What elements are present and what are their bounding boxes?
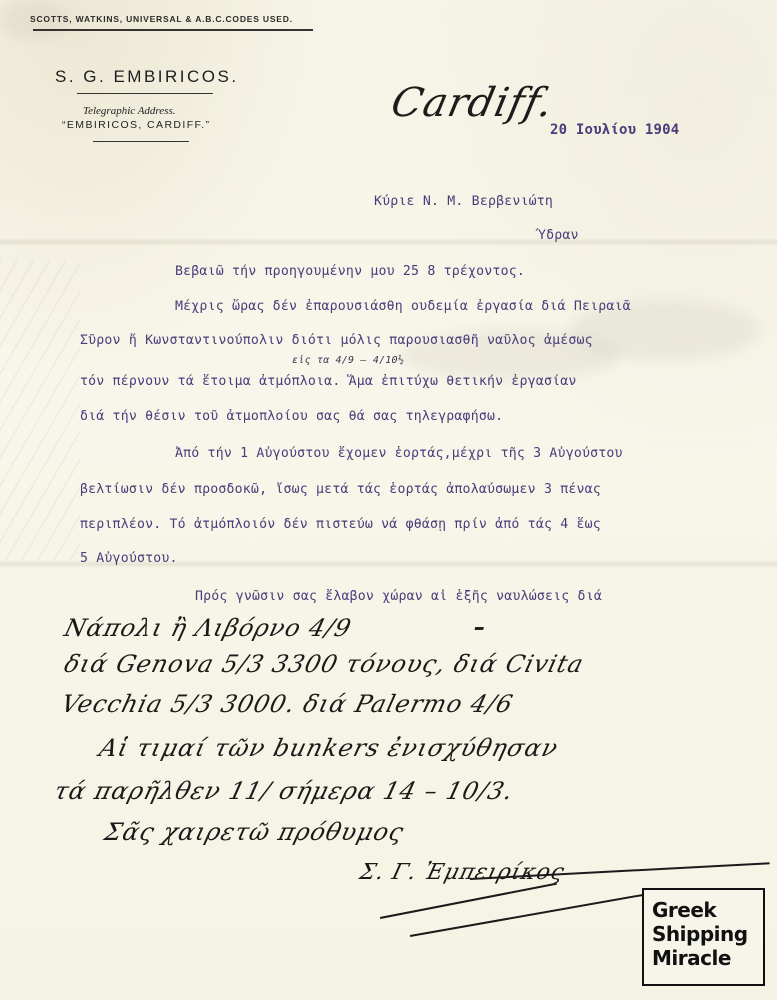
greek-shipping-miracle-watermark: Greek Shipping Miracle	[642, 888, 765, 986]
body-line: διά τήν θέσιν τοῦ ἀτμοπλοίου σας θά σας …	[80, 409, 503, 424]
struck-out-word	[472, 614, 729, 642]
telegraphic-label: Telegraphic Address.	[83, 105, 176, 117]
body-line: Ἀπό τήν 1 Αὐγούστου ἔχομεν ἑορτάς,μέχρι …	[175, 446, 623, 461]
letter-date: 20 Ιουλίου 1904	[550, 122, 679, 138]
signature-flourish	[410, 892, 656, 937]
body-line: Βεβαιῶ τήν προηγουμένην μου 25 8 τρέχοντ…	[175, 264, 525, 279]
watermark-line: Miracle	[652, 946, 763, 970]
interlinear-note: εἰς τα 4/9 – 4/10½	[292, 355, 404, 366]
watermark-line: Shipping	[652, 922, 763, 946]
handwritten-line: Vecchia 5/3 3000. διά Palermo 4/6	[59, 690, 517, 718]
body-line: τόν πέρνουν τά ἕτοιμα ἀτμόπλοια. Ἅμα ἐπι…	[80, 374, 577, 389]
handwritten-line: τά παρῆλθεν 11/ σήμερα 14 – 10/3.	[52, 777, 517, 805]
codes-used-line: SCOTTS, WATKINS, UNIVERSAL & A.B.C.CODES…	[30, 14, 293, 24]
salutation: Κύριε Ν. Μ. Βερβενιώτη	[374, 194, 553, 209]
body-line: βελτίωσιν δέν προσδοκῶ, ἴσως μετά τάς ἑο…	[80, 482, 601, 497]
watermark-line: Greek	[652, 898, 763, 922]
body-line: Πρός γνῶσιν σας ἔλαβον χώραν αἱ ἑξῆς ναυ…	[195, 589, 602, 604]
body-line: 5 Αὐγούστου.	[80, 551, 178, 566]
bleed-through-marks	[0, 260, 80, 560]
letter-page: SCOTTS, WATKINS, UNIVERSAL & A.B.C.CODES…	[0, 0, 777, 1000]
handwritten-line: Νάπολι ἢ Λιβόρνο 4/9	[62, 614, 355, 642]
divider	[77, 93, 213, 94]
handwritten-closing: Σᾶς χαιρετῶ πρόθυμος	[102, 818, 408, 846]
body-line: περιπλέον. Τό ἀτμόπλοιόν δέν πιστεύω νά …	[80, 517, 601, 532]
city-script: Cardiff.	[387, 80, 558, 126]
signature: Σ. Γ. Ἐμπειρίκος	[357, 860, 568, 885]
firm-name: S. G. EMBIRICOS.	[55, 67, 239, 87]
addressee-place: Ύδραν	[538, 228, 579, 243]
paper-fold	[0, 238, 777, 246]
body-line: Μέχρις ὥρας δέν ἐπαρουσιάσθη ουδεμία ἐργ…	[175, 299, 631, 314]
telegraphic-address: “EMBIRICOS, CARDIFF.”	[62, 119, 210, 131]
handwritten-line: Αἱ τιμαί τῶν bunkers ἐνισχύθησαν	[97, 734, 562, 762]
handwritten-line: διά Genova 5/3 3300 τόνους, διά Civita	[62, 650, 587, 678]
divider	[33, 29, 313, 31]
body-line: Σῦρον ἤ Κωνσταντινούπολιν διότι μόλις πα…	[80, 333, 593, 348]
divider	[93, 141, 189, 142]
